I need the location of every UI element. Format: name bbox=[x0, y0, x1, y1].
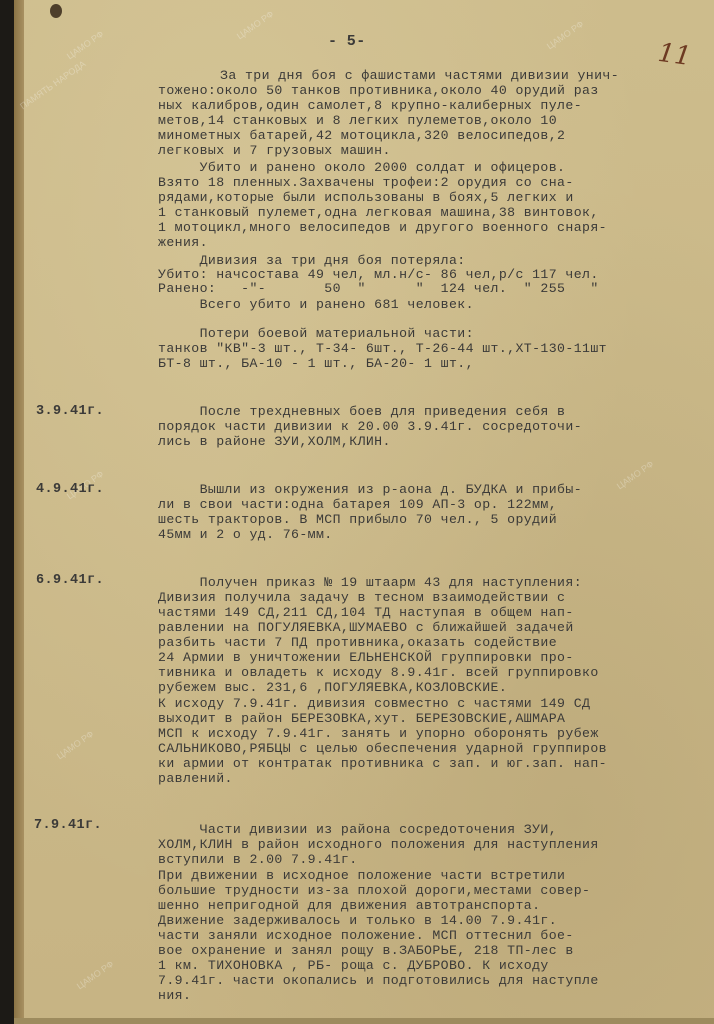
text-line: легковых и 7 грузовых машин. bbox=[158, 143, 391, 158]
text-line: шесть тракторов. В МСП прибыло 70 чел., … bbox=[158, 512, 557, 527]
entry-date: 6.9.41г. bbox=[36, 573, 104, 588]
text-line: ных калибров,один самолет,8 крупно-калиб… bbox=[158, 98, 582, 113]
text-line: выходит в район БЕРЕЗОВКА,хут. БЕРЕЗОВСК… bbox=[158, 711, 565, 726]
text-line: После трехдневных боев для приведения се… bbox=[158, 404, 565, 419]
text-line: Всего убито и ранено 681 человек. bbox=[158, 297, 474, 312]
watermark-camo: ЦАМО РФ bbox=[55, 729, 95, 762]
text-line: 45мм и 2 о уд. 76-мм. bbox=[158, 527, 333, 542]
text-line: 1 мотоцикл,много велосипедов и другого в… bbox=[158, 220, 607, 235]
text-line: вое охранение и занял рощу в.ЗАБОРЬЕ, 21… bbox=[158, 943, 574, 958]
text-line: ки армии от контратак противника с зап. … bbox=[158, 756, 607, 771]
text-line: тожено:около 50 танков противника,около … bbox=[158, 83, 599, 98]
text-line: вступили в 2.00 7.9.41г. bbox=[158, 852, 358, 867]
text-line: равлений. bbox=[158, 771, 233, 786]
ink-stain bbox=[50, 4, 62, 18]
text-line: Убито и ранено около 2000 солдат и офице… bbox=[158, 160, 565, 175]
text-line: Убито: начсостава 49 чел, мл.н/с- 86 чел… bbox=[158, 267, 599, 282]
text-line: Ранено: -"- 50 " " 124 чел. " 255 " bbox=[158, 281, 599, 296]
text-line: тивника и овладеть к исходу 8.9.41г. все… bbox=[158, 665, 599, 680]
text-line: Части дивизии из района сосредоточения З… bbox=[158, 822, 557, 837]
text-line: частями 149 СД,211 СД,104 ТД наступая в … bbox=[158, 605, 574, 620]
watermark-camo: ЦАМО РФ bbox=[615, 459, 655, 492]
text-line: ния. bbox=[158, 988, 191, 1003]
text-line: рубежем выс. 231,6 ,ПОГУЛЯЕВКА,КОЗЛОВСКИ… bbox=[158, 680, 507, 695]
document-page: ЦАМО РФ ЦАМО РФ ЦАМО РФ ПАМЯТЬ НАРОДА ЦА… bbox=[14, 0, 714, 1024]
page-bottom-edge bbox=[14, 1018, 714, 1024]
text-line: Дивизия получила задачу в тесном взаимод… bbox=[158, 590, 565, 605]
text-line: метов,14 станковых и 8 легких пулеметов,… bbox=[158, 113, 557, 128]
text-line: Получен приказ № 19 штаарм 43 для наступ… bbox=[158, 575, 582, 590]
text-line: При движении в исходное положение части … bbox=[158, 868, 565, 883]
text-line: САЛЬНИКОВО,РЯБЦЫ с целью обеспечения уда… bbox=[158, 741, 607, 756]
page-binding-edge bbox=[14, 0, 24, 1024]
entry-date: 3.9.41г. bbox=[36, 404, 104, 419]
watermark-memory: ПАМЯТЬ НАРОДА bbox=[18, 59, 87, 112]
text-line: МСП к исходу 7.9.41г. занять и упорно об… bbox=[158, 726, 599, 741]
text-line: Потери боевой материальной части: bbox=[158, 326, 474, 341]
text-line: Вышли из окружения из р-аона д. БУДКА и … bbox=[158, 482, 582, 497]
text-line: Взято 18 пленных.Захвачены трофеи:2 оруд… bbox=[158, 175, 574, 190]
entry-date: 4.9.41г. bbox=[36, 482, 104, 497]
text-line: 1 станковый пулемет,одна легковая машина… bbox=[158, 205, 599, 220]
text-line: порядок части дивизии к 20.00 3.9.41г. с… bbox=[158, 419, 582, 434]
text-line: За три дня боя с фашистами частями дивиз… bbox=[220, 68, 619, 83]
text-line: части заняли исходное положение. МСП отт… bbox=[158, 928, 574, 943]
watermark-camo: ЦАМО РФ bbox=[75, 959, 115, 992]
text-line: ли в свои части:одна батарея 109 АП-3 ор… bbox=[158, 497, 557, 512]
watermark-camo: ЦАМО РФ bbox=[65, 29, 105, 62]
text-line: минометных батарей,42 мотоцикла,320 вело… bbox=[158, 128, 565, 143]
entry-date: 7.9.41г. bbox=[34, 818, 102, 833]
text-line: Движение задерживалось и только в 14.00 … bbox=[158, 913, 557, 928]
text-line: лись в районе ЗУИ,ХОЛМ,КЛИН. bbox=[158, 434, 391, 449]
text-line: большие трудности из-за плохой дороги,ме… bbox=[158, 883, 590, 898]
text-line: 7.9.41г. части окопались и подготовились… bbox=[158, 973, 599, 988]
text-line: равлении на ПОГУЛЯЕВКА,ШУМАЕВО с ближайш… bbox=[158, 620, 574, 635]
text-line: шенно непригодной для движения автотранс… bbox=[158, 898, 540, 913]
text-line: танков "КВ"-3 шт., Т-34- 6шт., Т-26-44 ш… bbox=[158, 341, 607, 356]
text-line: 1 км. ТИХОНОВКА , РБ- роща с. ДУБРОВО. К… bbox=[158, 958, 549, 973]
text-line: БТ-8 шт., БА-10 - 1 шт., БА-20- 1 шт., bbox=[158, 356, 474, 371]
text-line: Дивизия за три дня боя потеряла: bbox=[158, 253, 466, 268]
text-line: К исходу 7.9.41г. дивизия совместно с ча… bbox=[158, 696, 590, 711]
text-line: рядами,которые были использованы в боях,… bbox=[158, 190, 574, 205]
text-line: разбить части 7 ПД противника,оказать со… bbox=[158, 635, 557, 650]
text-line: ХОЛМ,КЛИН в район исходного положения дл… bbox=[158, 837, 599, 852]
text-line: 24 Армии в уничтожении ЕЛЬНЕНСКОЙ группи… bbox=[158, 650, 574, 665]
watermark-camo: ЦАМО РФ bbox=[545, 19, 585, 52]
watermark-camo: ЦАМО РФ bbox=[235, 9, 275, 42]
handwritten-page-mark: 11 bbox=[656, 38, 693, 72]
page-number: - 5- bbox=[328, 34, 366, 49]
text-line: жения. bbox=[158, 235, 208, 250]
